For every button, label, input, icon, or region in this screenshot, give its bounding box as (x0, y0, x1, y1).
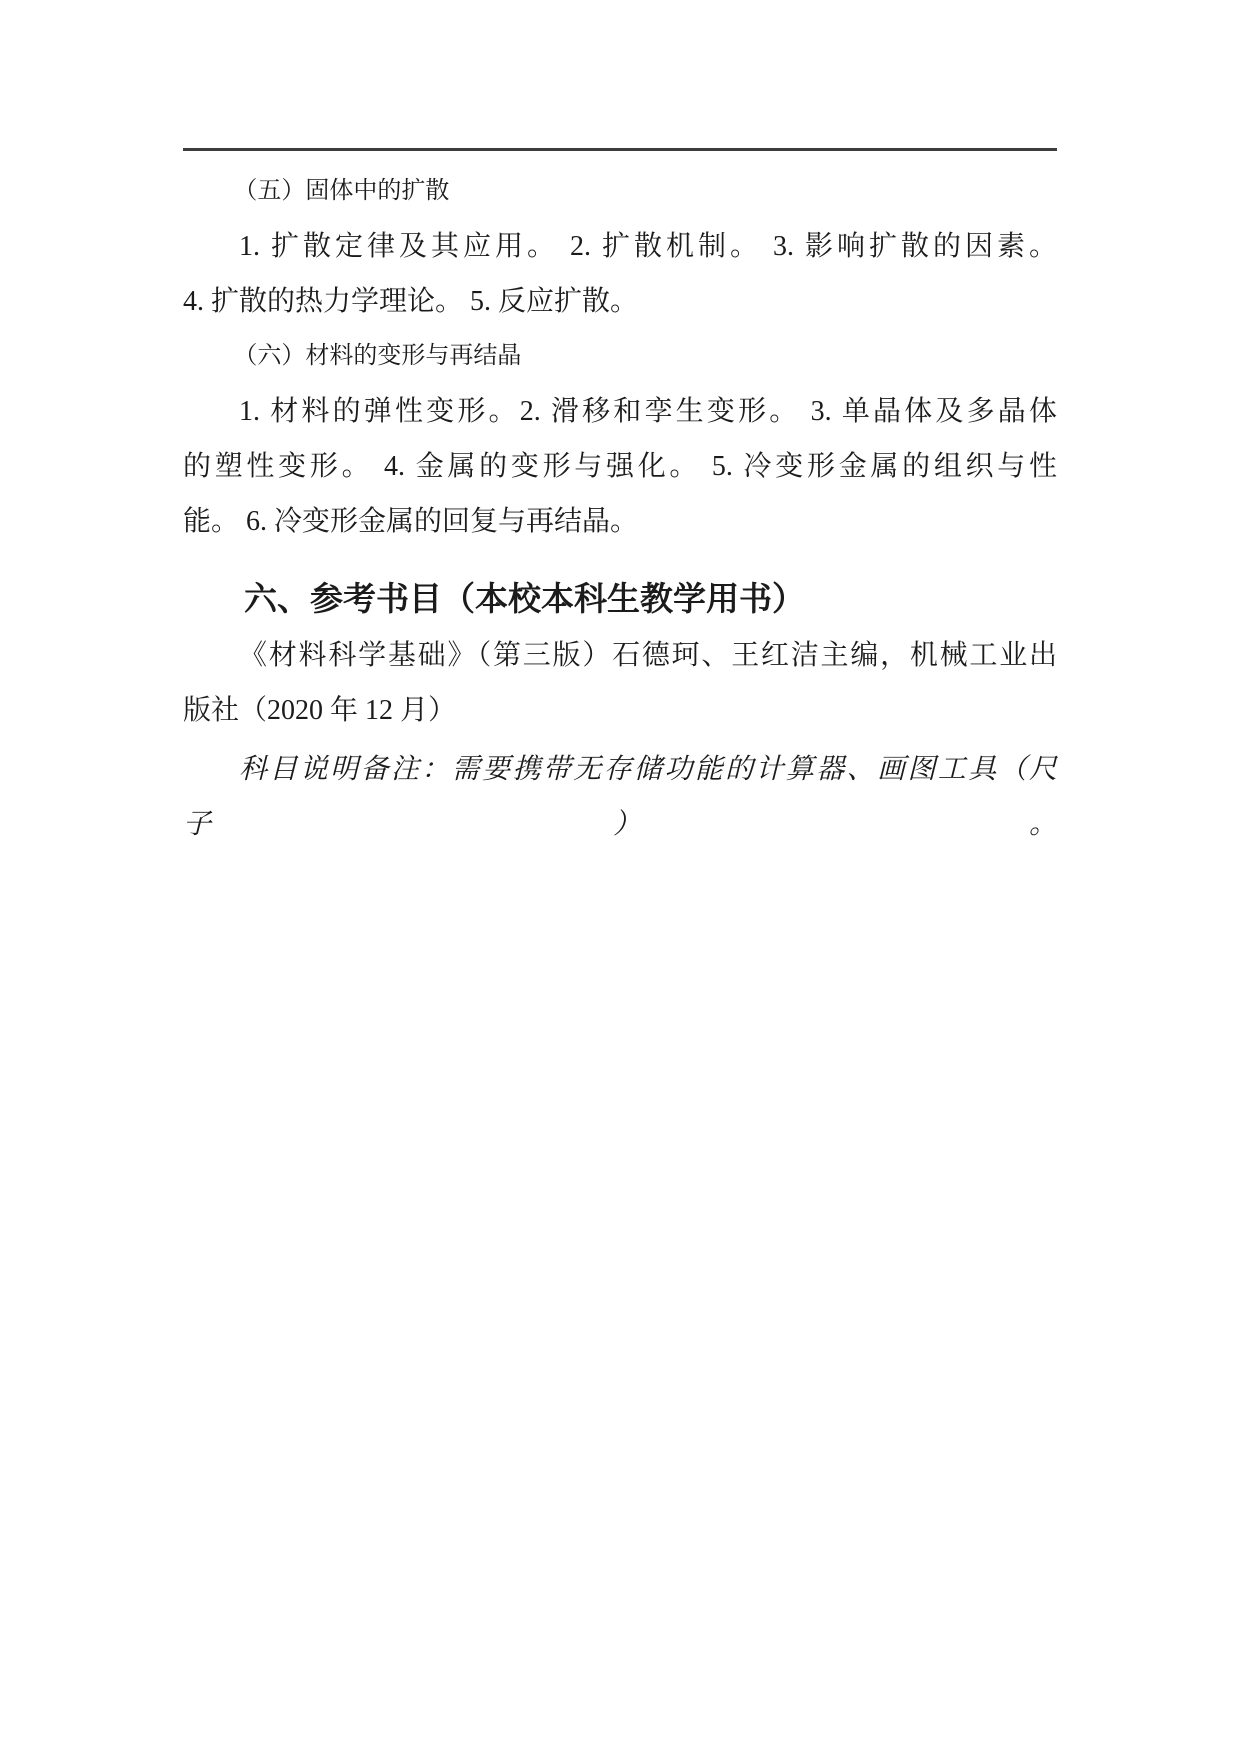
page-content: （五）固体中的扩散 1. 扩散定律及其应用。 2. 扩散机制。 3. 影响扩散的… (183, 164, 1057, 852)
section-6-heading: （六）材料的变形与再结晶 (183, 329, 1057, 384)
subject-note-line: 科目说明备注：需要携带无存储功能的计算器、画图工具（尺子）。 (183, 742, 1057, 852)
section-5-body-line-1: 1. 扩散定律及其应用。 2. 扩散机制。 3. 影响扩散的因素。 (183, 219, 1057, 274)
reference-book-line-2: 版社（2020 年 12 月） (183, 683, 1057, 738)
section-5-body-line-2: 4. 扩散的热力学理论。 5. 反应扩散。 (183, 274, 1057, 329)
section-5-heading: （五）固体中的扩散 (183, 164, 1057, 219)
reference-books-heading: 六、参考书目（本校本科生教学用书） (183, 570, 1057, 628)
header-rule (183, 148, 1057, 151)
section-6-body-line-1: 1. 材料的弹性变形。2. 滑移和孪生变形。 3. 单晶体及多晶体 (183, 384, 1057, 439)
section-6-body-line-3: 能。 6. 冷变形金属的回复与再结晶。 (183, 494, 1057, 549)
section-6-body-line-2: 的塑性变形。 4. 金属的变形与强化。 5. 冷变形金属的组织与性 (183, 439, 1057, 494)
reference-book-line-1: 《材料科学基础》（第三版）石德珂、王红洁主编，机械工业出 (183, 628, 1057, 683)
document-page: （五）固体中的扩散 1. 扩散定律及其应用。 2. 扩散机制。 3. 影响扩散的… (0, 0, 1240, 1754)
